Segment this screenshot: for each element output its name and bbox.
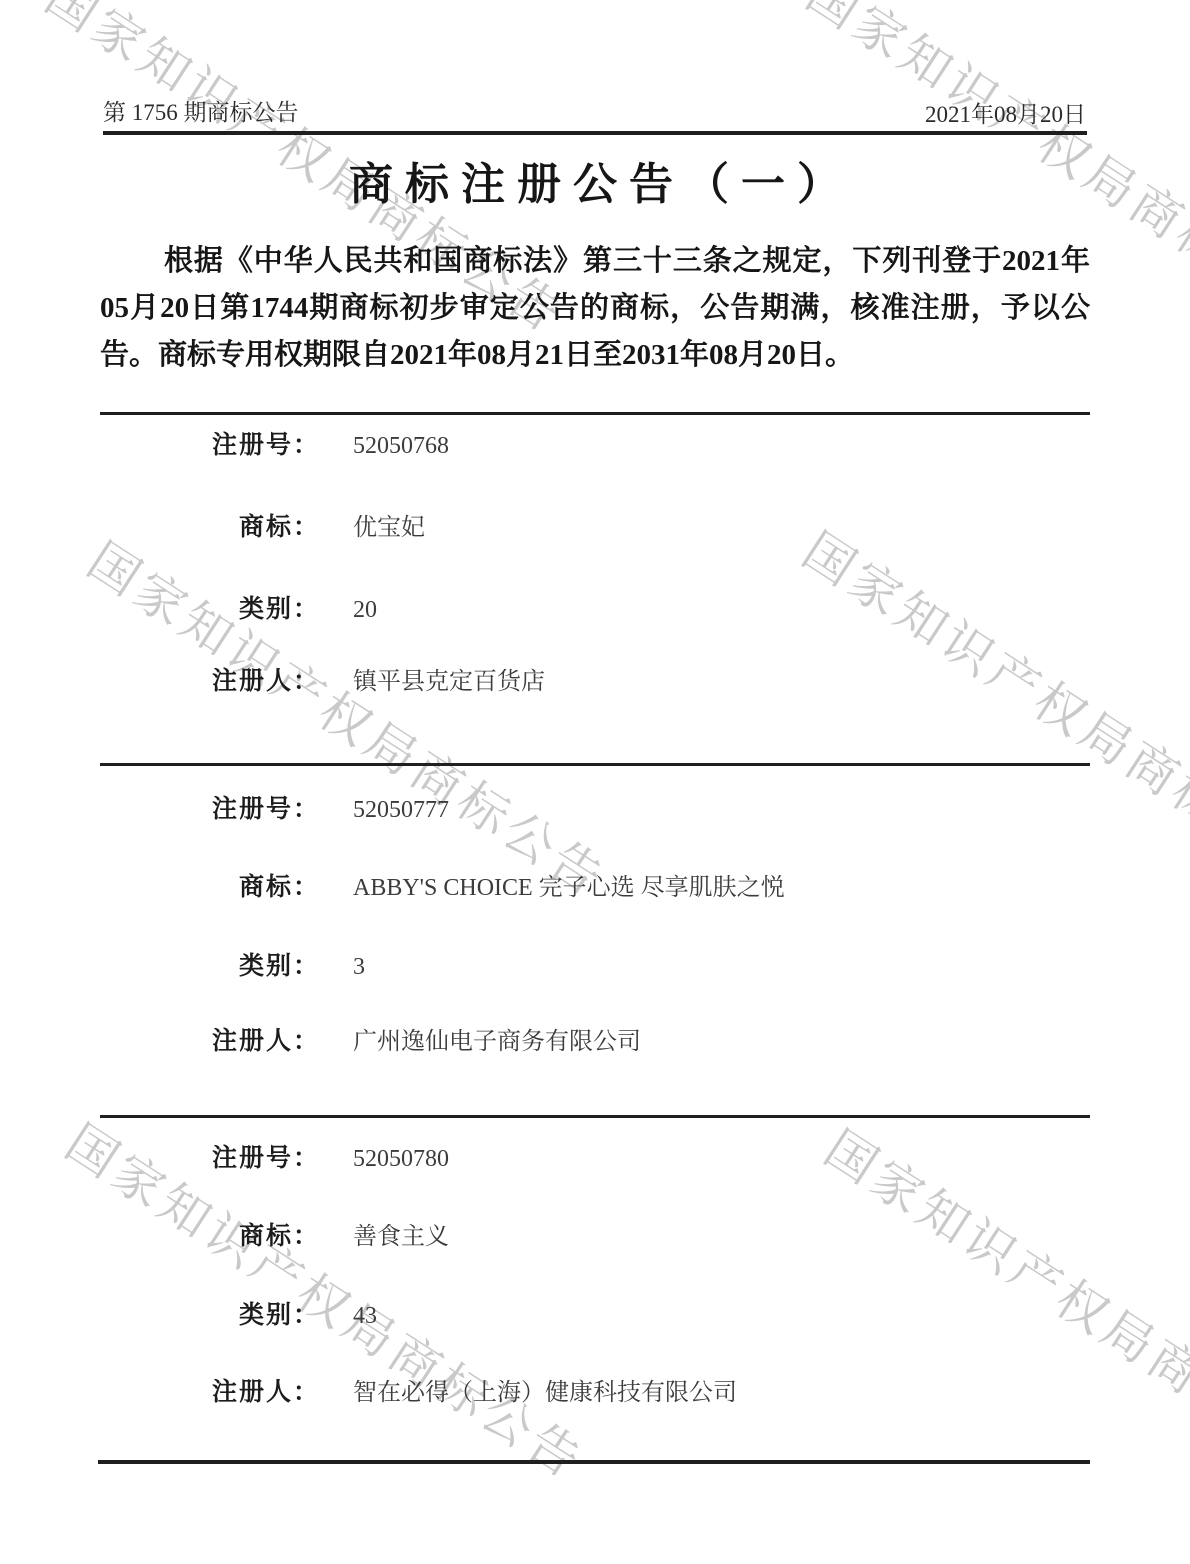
field-label: 注册人： (100, 1377, 320, 1409)
gazette-page: 国家知识产权局商标公告 国家知识产权局商标公告 国家知识产权局商标公告 国家知识… (0, 0, 1190, 1564)
field-row-registration-number: 注册号：52050768 (100, 430, 449, 464)
section-divider (100, 763, 1090, 766)
class-value: 3 (353, 951, 365, 983)
watermark-text: 国家知识产权局商标公告 (813, 1110, 1190, 1500)
header-issue-number: 第 1756 期商标公告 (103, 94, 299, 127)
page-bottom-divider (98, 1460, 1090, 1464)
trademark-value: 优宝妃 (353, 512, 425, 544)
field-row-registrant: 注册人：广州逸仙电子商务有限公司 (100, 1026, 641, 1060)
field-label: 商标： (100, 872, 320, 904)
field-row-registration-number: 注册号：52050780 (100, 1143, 449, 1177)
field-row-class: 类别：20 (100, 594, 377, 628)
field-label: 类别： (100, 1300, 320, 1332)
registration-number-value: 52050780 (353, 1143, 449, 1175)
trademark-value: 善食主义 (353, 1221, 449, 1253)
watermark-text: 国家知识产权局商标公告 (76, 522, 623, 912)
field-row-registrant: 注册人：智在必得（上海）健康科技有限公司 (100, 1377, 737, 1411)
registration-number-value: 52050768 (353, 430, 449, 462)
field-label: 注册号： (100, 794, 320, 826)
field-label: 注册人： (100, 1026, 320, 1058)
field-row-trademark: 商标：优宝妃 (100, 512, 425, 546)
field-label: 注册号： (100, 430, 320, 462)
registrant-value: 镇平县克定百货店 (353, 666, 545, 698)
field-row-registration-number: 注册号：52050777 (100, 794, 449, 828)
field-label: 商标： (100, 1221, 320, 1253)
field-row-class: 类别：43 (100, 1300, 377, 1334)
field-label: 类别： (100, 951, 320, 983)
intro-paragraph: 根据《中华人民共和国商标法》第三十三条之规定，下列刊登于2021年05月20日第… (100, 238, 1090, 379)
registration-number-value: 52050777 (353, 794, 449, 826)
class-value: 43 (353, 1300, 377, 1332)
class-value: 20 (353, 594, 377, 626)
field-label: 商标： (100, 512, 320, 544)
page-title: 商标注册公告（一） (0, 148, 1190, 212)
section-divider (100, 412, 1090, 415)
field-row-trademark: 商标：ABBY'S CHOICE 完子心选 尽享肌肤之悦 (100, 872, 785, 906)
section-divider (100, 1115, 1090, 1118)
registrant-value: 广州逸仙电子商务有限公司 (353, 1026, 641, 1058)
header-date: 2021年08月20日 (925, 96, 1086, 129)
watermark-text: 国家知识产权局商标公告 (791, 512, 1190, 902)
trademark-value: ABBY'S CHOICE 完子心选 尽享肌肤之悦 (353, 872, 785, 904)
registrant-value: 智在必得（上海）健康科技有限公司 (353, 1377, 737, 1409)
header-divider (103, 131, 1087, 135)
field-row-class: 类别：3 (100, 951, 365, 985)
field-row-trademark: 商标：善食主义 (100, 1221, 449, 1255)
field-row-registrant: 注册人：镇平县克定百货店 (100, 666, 545, 700)
field-label: 类别： (100, 594, 320, 626)
field-label: 注册号： (100, 1143, 320, 1175)
field-label: 注册人： (100, 666, 320, 698)
